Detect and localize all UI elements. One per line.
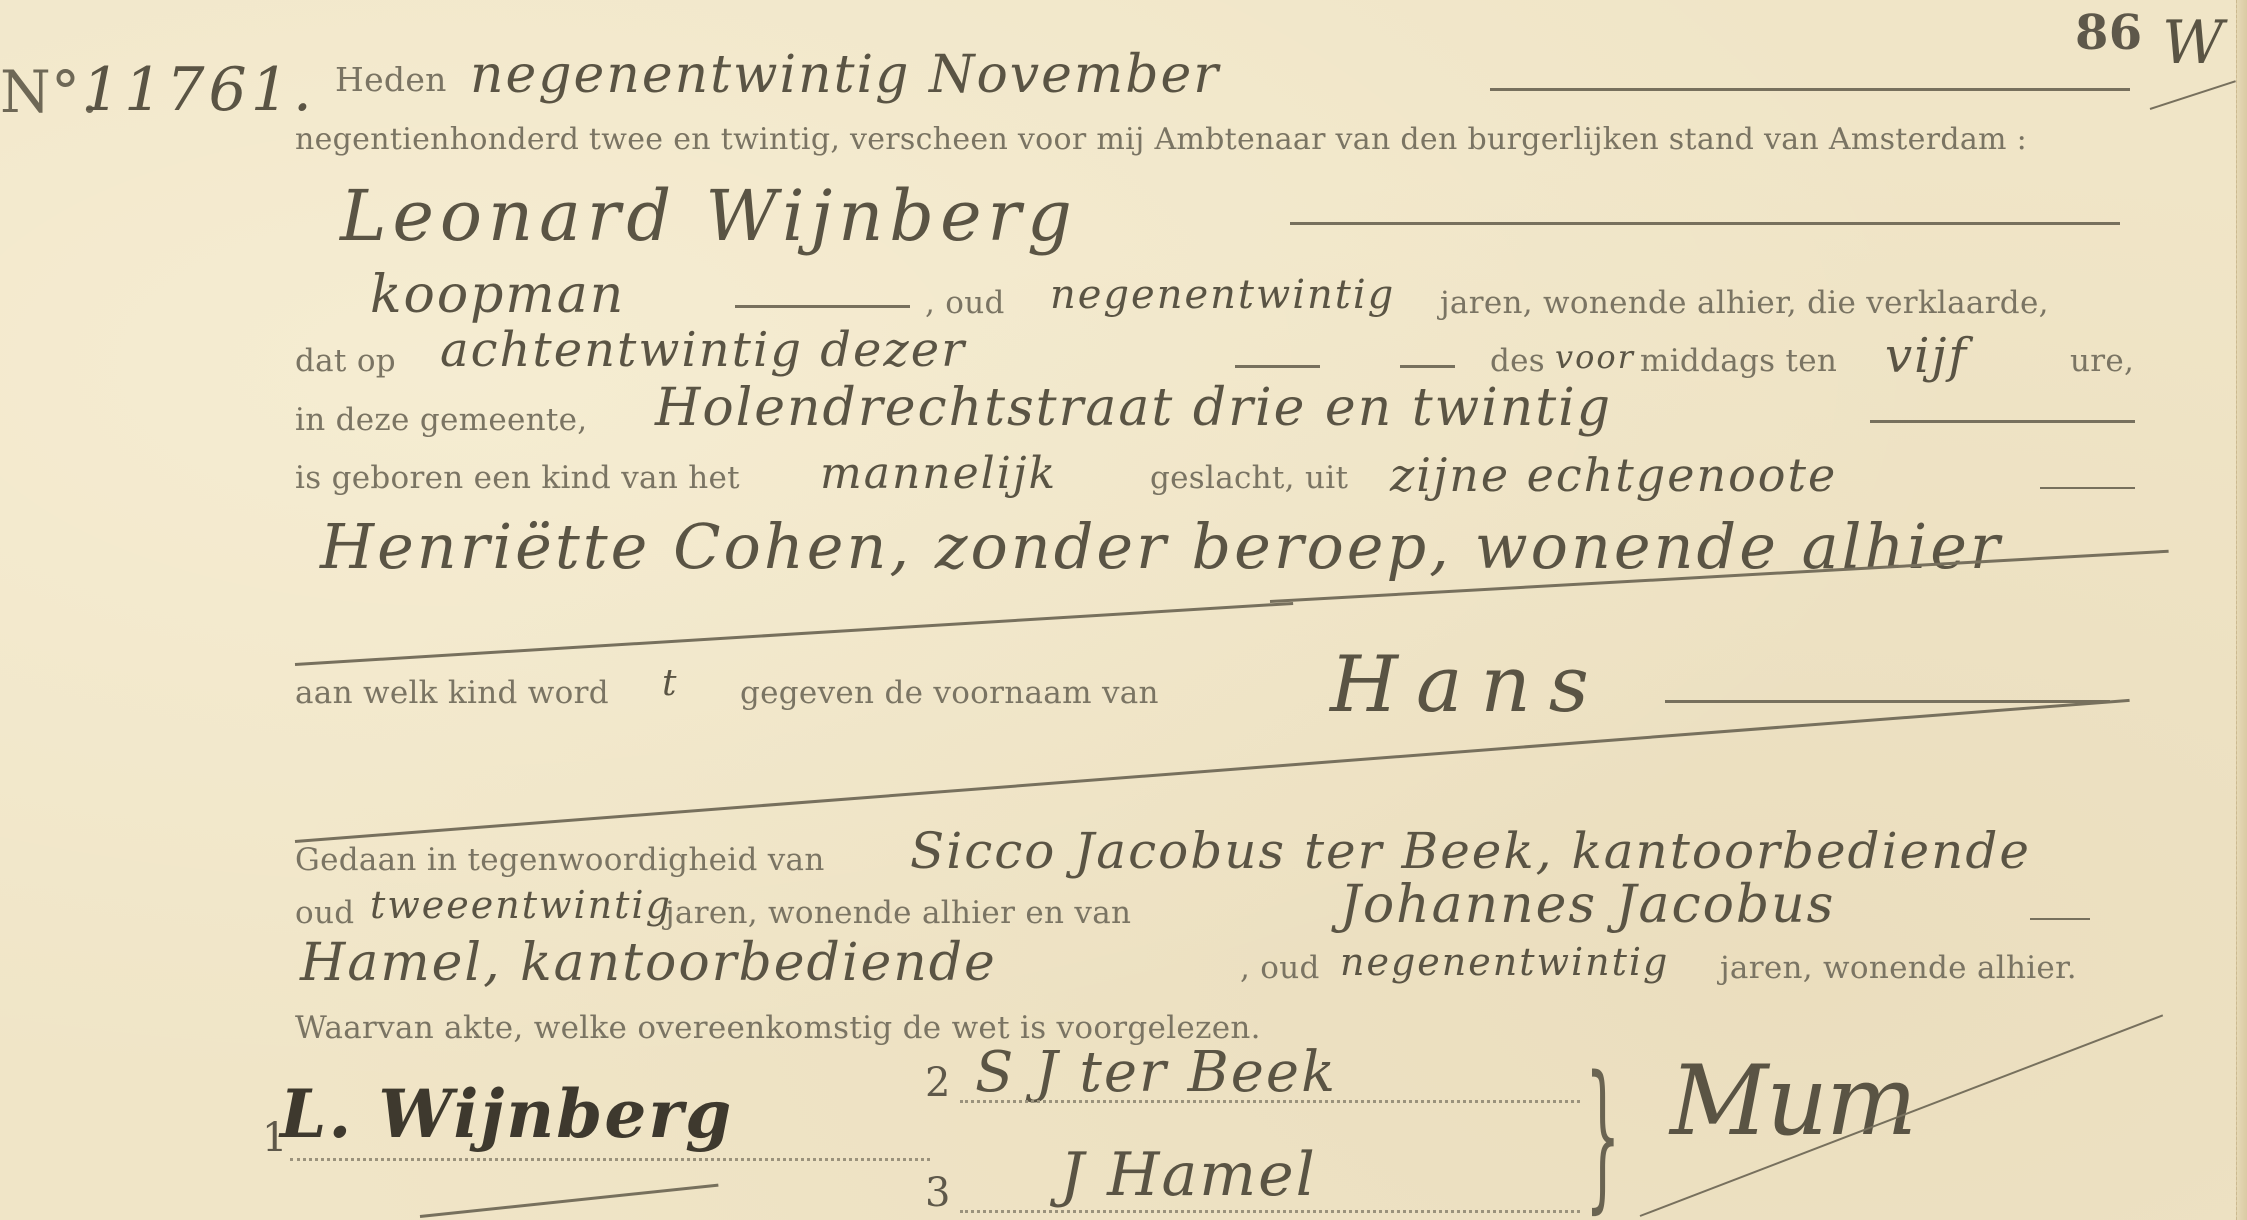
declarant-age: negenentwintig [1050, 272, 1395, 318]
printed-line-11-mid: jaren, wonende alhier en van [665, 895, 1131, 931]
gemeente-label: in deze gemeente, [295, 402, 587, 438]
line11-fill-rule [2030, 918, 2090, 920]
signature-brace: } [1585, 1055, 1621, 1215]
line8b-strike-rule [295, 602, 1293, 666]
declarant-name: Leonard Wijnberg [340, 175, 1078, 257]
record-number: 11761. [82, 55, 316, 125]
signature-declarant: L. Wijnberg [280, 1075, 733, 1153]
printed-line-12-rest: jaren, wonende alhier. [1720, 950, 2077, 986]
line9-fill-rule [1665, 700, 2110, 703]
signature-witness-2: J Hamel [1060, 1140, 1317, 1210]
signature-1-flourish [420, 1184, 719, 1218]
page-number: 86 [2075, 5, 2142, 61]
signature-registrar: Mum [1670, 1045, 1915, 1157]
line7-fill-rule [2040, 487, 2135, 489]
date-handwritten: negenentwintig November [470, 45, 1220, 105]
des-label: des [1490, 343, 1545, 379]
birth-address: Holendrechtstraat drie en twintig [655, 378, 1612, 438]
witness1-name: Sicco Jacobus ter Beek, kantoorbediende [910, 822, 2031, 880]
printed-line-2: negentienhonderd twee en twintig, versch… [295, 122, 2027, 157]
ure-label: ure, [2070, 343, 2134, 379]
line1-fill-rule [1490, 88, 2130, 91]
printed-line-9b: gegeven de voornaam van [740, 675, 1159, 711]
child-first-name: Hans [1330, 640, 1607, 730]
oud-label: , oud [925, 285, 1005, 321]
page-edge [2236, 0, 2247, 1220]
declarant-occupation: koopman [370, 265, 625, 325]
page-annotation-stroke [2150, 80, 2236, 110]
dat-op-label: dat op [295, 343, 396, 379]
witness2-surname-occupation: Hamel, kantoorbediende [300, 933, 997, 993]
mother-details: Henriëtte Cohen, zonder beroep, wonende … [320, 510, 2003, 583]
mother-relation: zijne echtgenoote [1390, 448, 1837, 502]
signature-number-2: 2 [925, 1060, 951, 1106]
printed-line-9a: aan welk kind word [295, 675, 609, 711]
heden-label: Heden [335, 60, 447, 99]
word-t-insertion: t [662, 663, 678, 704]
birth-hour: vijf [1885, 328, 1968, 384]
signature-witness-1: S J ter Beek [975, 1040, 1337, 1105]
line6-fill-rule [1870, 420, 2135, 423]
printed-line-10: Gedaan in tegenwoordigheid van [295, 842, 825, 878]
signature-line-1 [290, 1158, 930, 1161]
witness2-name: Johannes Jacobus [1340, 875, 1835, 935]
line4-fill-rule [735, 305, 910, 308]
printed-line-4-rest: jaren, wonende alhier, die verklaarde, [1440, 285, 2049, 321]
middags-label: middags ten [1640, 343, 1837, 379]
signature-number-3: 3 [925, 1170, 951, 1216]
line5-fill-rule-a [1235, 365, 1320, 368]
birth-certificate-page: N°. 11761. 86 W Heden negenentwintig Nov… [0, 0, 2247, 1220]
printed-line-7a: is geboren een kind van het [295, 460, 740, 496]
printed-line-7b: geslacht, uit [1150, 460, 1348, 496]
signature-line-2 [960, 1100, 1580, 1103]
daypart: voor [1555, 338, 1635, 376]
witness2-age: negenentwintig [1340, 940, 1669, 984]
birth-date: achtentwintig dezer [440, 322, 966, 378]
child-sex: mannelijk [820, 448, 1057, 499]
page-annotation: W [2162, 8, 2226, 78]
line5-fill-rule-b [1400, 365, 1455, 368]
signature-line-3 [960, 1210, 1580, 1213]
line3-fill-rule [1290, 222, 2120, 225]
oud-label-3: , oud [1240, 950, 1320, 986]
oud-label-2: oud [295, 895, 354, 931]
witness1-age: tweeentwintig [370, 883, 672, 927]
